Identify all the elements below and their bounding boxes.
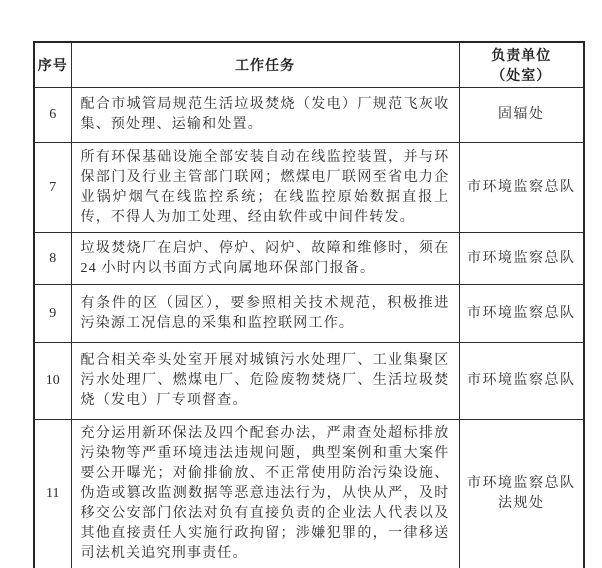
row-number: 10 [34,343,71,420]
table-row: 10 配合相关牵头处室开展对城镇污水处理厂、工业集聚区污水处理厂、燃煤电厂、危险… [34,343,584,420]
row-number: 7 [34,143,71,233]
row-number: 9 [34,285,71,343]
unit-text: 市环境监察总队 [459,343,584,420]
task-text: 充分运用新环保法及四个配套办法，严肃查处超标排放污染物等严重环境违法违规问题，典… [71,420,459,568]
unit-text: 市环境监察总队 [459,285,584,343]
row-number: 11 [34,420,71,568]
task-text: 所有环保基础设施全部安装自动在线监控装置，并与环保部门及行业主管部门联网；燃煤电… [71,143,459,233]
row-number: 6 [34,88,71,143]
table-row: 8 垃圾焚烧厂在启炉、停炉、闷炉、故障和维修时，须在 24 小时内以书面方式向属… [34,233,584,285]
row-number: 8 [34,233,71,285]
work-task-table: 序号 工作任务 负责单位 （处室） 6 配合市城管局规范生活垃圾焚烧（发电）厂规… [33,41,585,568]
task-text: 有条件的区（园区），要参照相关技术规范，积极推进污染源工况信息的采集和监控联网工… [71,285,459,343]
table-row: 7 所有环保基础设施全部安装自动在线监控装置，并与环保部门及行业主管部门联网；燃… [34,143,584,233]
unit-text: 固辐处 [459,88,584,143]
unit-text: 市环境监察总队 [459,233,584,285]
header-row: 序号 工作任务 负责单位 （处室） [34,42,584,88]
column-header-unit: 负责单位 （处室） [459,42,584,88]
table-row: 11 充分运用新环保法及四个配套办法，严肃查处超标排放污染物等严重环境违法违规问… [34,420,584,568]
column-header-no: 序号 [34,42,71,88]
table-row: 6 配合市城管局规范生活垃圾焚烧（发电）厂规范飞灰收集、预处理、运输和处置。 固… [34,88,584,143]
unit-text: 市环境监察总队 法规处 [459,420,584,568]
document-page: 序号 工作任务 负责单位 （处室） 6 配合市城管局规范生活垃圾焚烧（发电）厂规… [0,0,602,568]
table-body: 6 配合市城管局规范生活垃圾焚烧（发电）厂规范飞灰收集、预处理、运输和处置。 固… [34,88,584,568]
task-text: 配合相关牵头处室开展对城镇污水处理厂、工业集聚区污水处理厂、燃煤电厂、危险废物焚… [71,343,459,420]
table-header-row: 序号 工作任务 负责单位 （处室） [34,42,584,88]
table-row: 9 有条件的区（园区），要参照相关技术规范，积极推进污染源工况信息的采集和监控联… [34,285,584,343]
task-text: 配合市城管局规范生活垃圾焚烧（发电）厂规范飞灰收集、预处理、运输和处置。 [71,88,459,143]
unit-text: 市环境监察总队 [459,143,584,233]
column-header-task: 工作任务 [71,42,459,88]
task-text: 垃圾焚烧厂在启炉、停炉、闷炉、故障和维修时，须在 24 小时内以书面方式向属地环… [71,233,459,285]
